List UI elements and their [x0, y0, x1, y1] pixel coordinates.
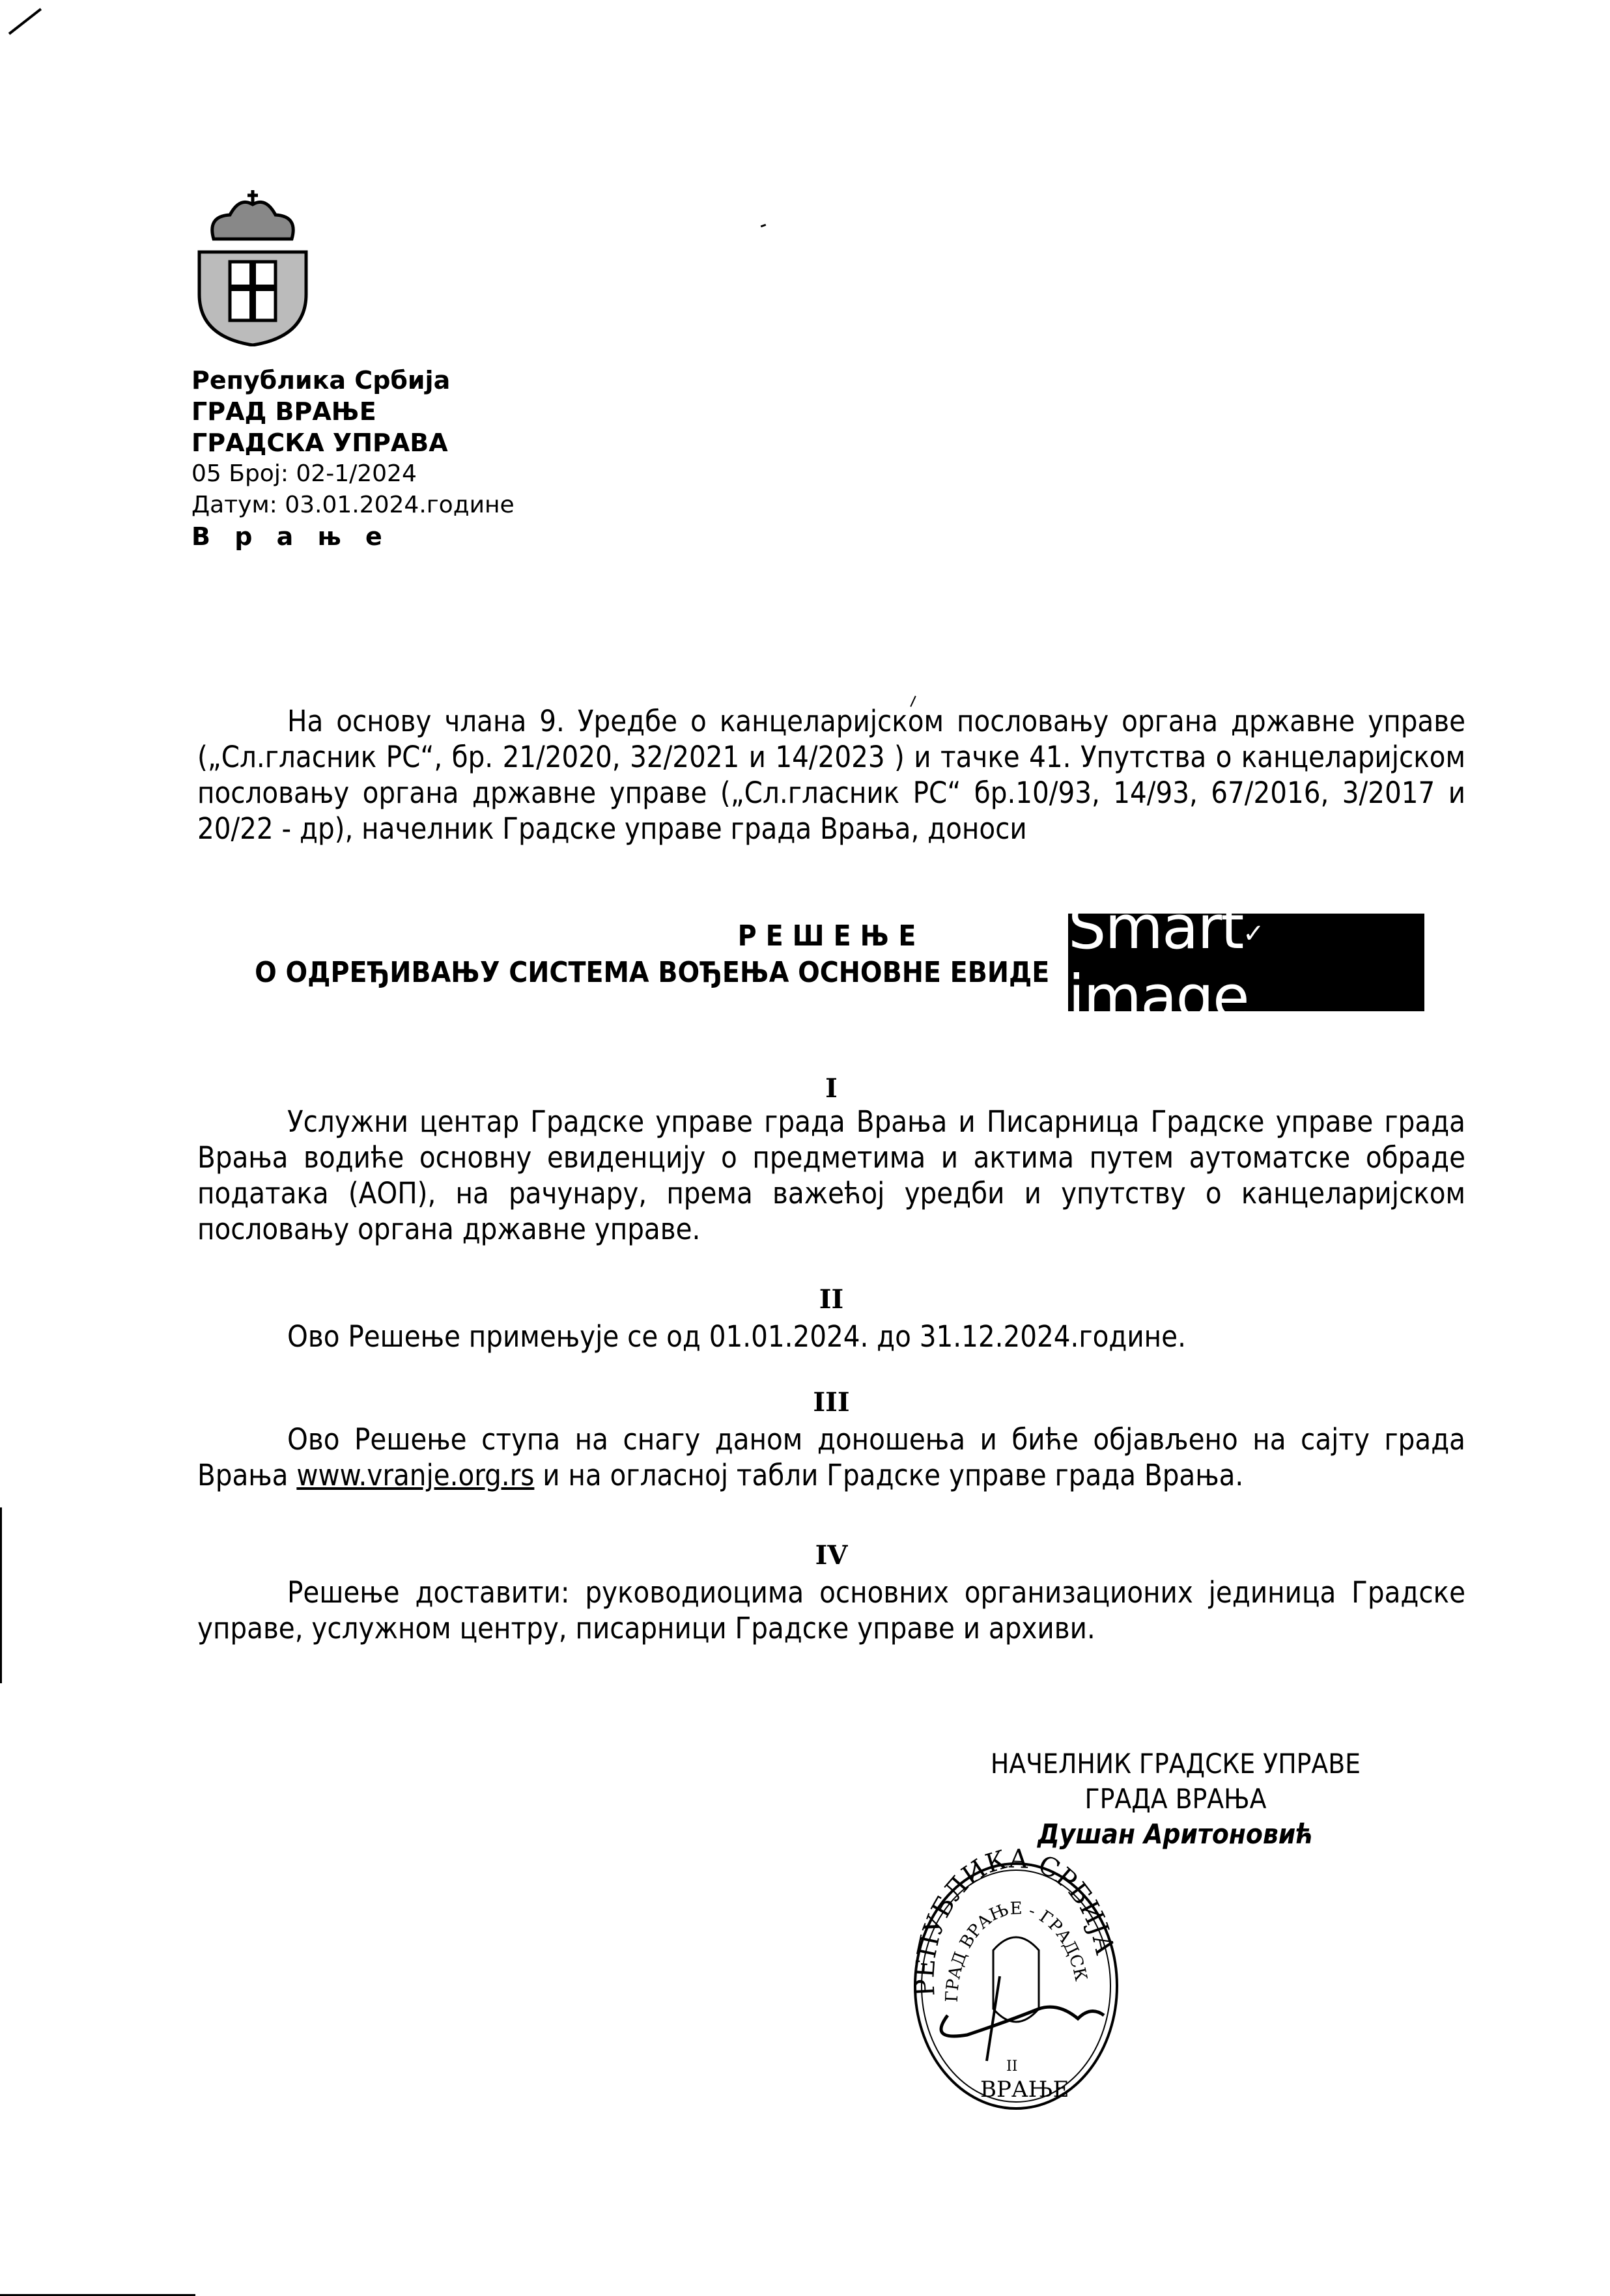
section-numeral: I — [197, 1073, 1465, 1104]
section-numeral: III — [197, 1387, 1465, 1418]
section-text: Ово Решење примењује се од 01.01.2024. д… — [287, 1319, 1186, 1354]
coat-of-arms-icon — [194, 190, 311, 346]
scan-mark — [8, 8, 42, 35]
scan-edge — [0, 1507, 2, 1683]
section-paragraph: Решење доставити: руководиоцима основних… — [197, 1575, 1465, 1646]
section-numeral: II — [197, 1284, 1465, 1315]
administration-name: ГРАДСКА УПРАВА — [191, 427, 515, 458]
section-text: Услужни центар Градске управе града Врањ… — [197, 1104, 1465, 1246]
intro-text: На основу члана 9. Уредбе о канцеларијск… — [197, 704, 1465, 846]
website-link[interactable]: www.vranje.org.rs — [296, 1458, 534, 1492]
checkmark-icon: ✓ — [1243, 919, 1264, 949]
official-stamp-icon: РЕПУБЛИКА СРБИЈА ГРАД ВРАЊЕ - ГРАДСКА УП… — [909, 1846, 1123, 2110]
subtitle-text: О ОДРЕЂИВАЊУ СИСТЕМА ВОЂЕЊА ОСНОВНЕ ЕВИД… — [255, 956, 1049, 989]
document-place: В р а њ е — [191, 521, 515, 552]
document-date: Датум: 03.01.2024.године — [191, 490, 515, 521]
signatory-city: ГРАДА ВРАЊА — [964, 1782, 1387, 1817]
document-header: Република Србија ГРАД ВРАЊЕ ГРАДСКА УПРА… — [191, 365, 515, 552]
signature-block: НАЧЕЛНИК ГРАДСКЕ УПРАВЕ ГРАДА ВРАЊА Душа… — [964, 1746, 1387, 1852]
svg-text:II: II — [1006, 2058, 1017, 2075]
svg-text:ВРАЊЕ: ВРАЊЕ — [980, 2077, 1069, 2103]
smart-image-watermark: ✓ Smart image — [1068, 914, 1424, 1011]
country-name: Република Србија — [191, 365, 515, 396]
section-paragraph: Ово Решење примењује се од 01.01.2024. д… — [197, 1319, 1465, 1354]
signatory-title: НАЧЕЛНИК ГРАДСКЕ УПРАВЕ — [964, 1746, 1387, 1782]
section-text: и на огласној табли Градске управе града… — [534, 1458, 1243, 1492]
document-number: 05 Број: 02-1/2024 — [191, 458, 515, 490]
section-paragraph: Услужни центар Градске управе града Врањ… — [197, 1104, 1465, 1247]
section-numeral: IV — [197, 1540, 1465, 1571]
section-text: Решење доставити: руководиоцима основних… — [197, 1575, 1465, 1645]
section-paragraph: Ово Решење ступа на снагу даном доношења… — [197, 1421, 1465, 1493]
intro-paragraph: На основу члана 9. Уредбе о канцеларијск… — [197, 703, 1465, 847]
city-name: ГРАД ВРАЊЕ — [191, 396, 515, 427]
watermark-text: Smart image — [1068, 893, 1424, 1032]
scan-mark — [761, 224, 767, 228]
